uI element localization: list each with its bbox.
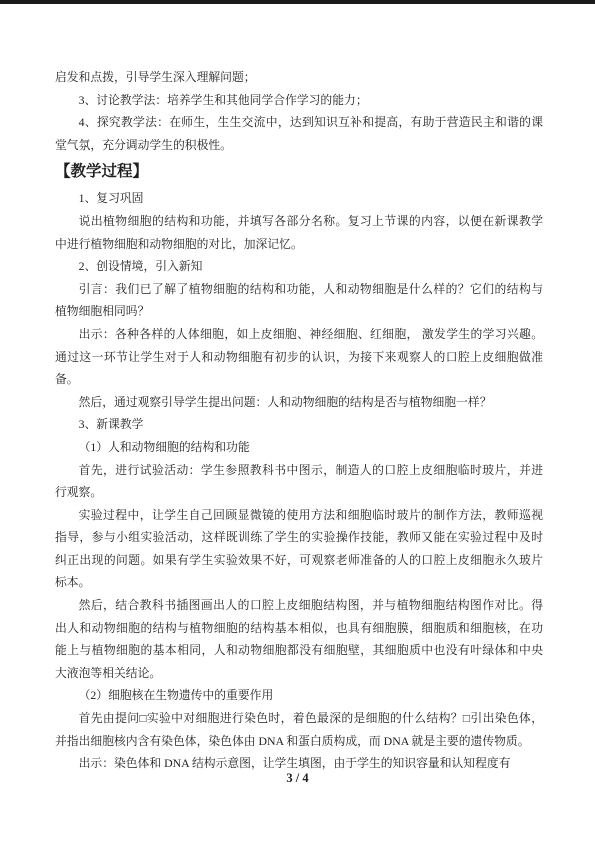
text-line: 并指出细胞核内含有染色体，染色体由 DNA 和蛋白质构成，而 DNA 就是主要的… (55, 730, 543, 753)
paragraph: 引言：我们已了解了植物细胞的结构和功能，人和动物细胞是什么样的？它们的结构与植物… (55, 278, 543, 323)
text-line: 2、创设情境，引入新知 (55, 255, 543, 278)
paragraph: 然后，通过观察引导学生提出问题：人和动物细胞的结构是否与植物细胞一样？ (55, 391, 543, 414)
text-line: （2）细胞核在生物遗传中的重要作用 (55, 684, 543, 707)
paragraph: 然后，结合教科书插图画出人的口腔上皮细胞结构图，并与植物细胞结构图作对比。得出人… (55, 594, 543, 684)
paragraph: 首先由提问□实验中对细胞进行染色时，着色最深的是细胞的什么结构？□引出染色体，并… (55, 707, 543, 752)
paragraph: 1、复习巩固 (55, 187, 543, 210)
paragraph: 首先，进行试验活动：学生参照教科书中图示，制造人的口腔上皮细胞临时玻片，并进行观… (55, 459, 543, 504)
text-line: 4、探究教学法：在师生，生生交流中，达到知识互补和提高，有助于营造民主和谐的课 (55, 111, 543, 134)
paragraph: 启发和点拨，引导学生深入理解问题； (55, 66, 543, 89)
text-line: 行观察。 (55, 481, 543, 504)
text-line: 中进行植物细胞和动物细胞的对比，加深记忆。 (55, 233, 543, 256)
text-line: 纠正出现的问题。如果有学生实验效果不好，可观察老师准备的人的口腔上皮细胞永久玻片 (55, 549, 543, 572)
paragraph: 3、讨论教学法：培养学生和其他同学合作学习的能力； (55, 89, 543, 112)
text-line: 指导，参与小组实验活动，这样既训练了学生的实验操作技能，教师又能在实验过程中及时 (55, 526, 543, 549)
text-line: 能上与植物细胞的基本相同，人和动物细胞都没有细胞壁，其细胞质中也没有叶绿体和中央 (55, 639, 543, 662)
text-line: 植物细胞相同吗？ (55, 300, 543, 323)
text-line: 备。 (55, 368, 543, 391)
text-line: 1、复习巩固 (55, 187, 543, 210)
page-top-border (0, 0, 595, 4)
text-line: 【教学过程】 (55, 156, 543, 187)
document-body: 启发和点拨，引导学生深入理解问题；3、讨论教学法：培养学生和其他同学合作学习的能… (55, 66, 543, 775)
text-line: 然后，通过观察引导学生提出问题：人和动物细胞的结构是否与植物细胞一样？ (55, 391, 543, 414)
text-line: （1）人和动物细胞的结构和功能 (55, 436, 543, 459)
text-line: 然后，结合教科书插图画出人的口腔上皮细胞结构图，并与植物细胞结构图作对比。得 (55, 594, 543, 617)
text-line: 实验过程中，让学生自己回顾显微镜的使用方法和细胞临时玻片的制作方法，教师巡视 (55, 504, 543, 527)
page-number: 3 / 4 (0, 768, 595, 788)
paragraph: 出示：各种各样的人体细胞，如上皮细胞、神经细胞、红细胞， 激发学生的学习兴趣。通… (55, 323, 543, 391)
text-line: 首先，进行试验活动：学生参照教科书中图示，制造人的口腔上皮细胞临时玻片，并进 (55, 459, 543, 482)
text-line: 通过这一环节让学生对于人和动物细胞有初步的认识，为接下来观察人的口腔上皮细胞做准 (55, 346, 543, 369)
text-line: 3、新课教学 (55, 413, 543, 436)
document-page: 启发和点拨，引导学生深入理解问题；3、讨论教学法：培养学生和其他同学合作学习的能… (0, 0, 595, 841)
text-line: 标本。 (55, 571, 543, 594)
text-line: 说出植物细胞的结构和功能，并填写各部分名称。复习上节课的内容，以便在新课教学 (55, 210, 543, 233)
paragraph: （2）细胞核在生物遗传中的重要作用 (55, 684, 543, 707)
text-line: 首先由提问□实验中对细胞进行染色时，着色最深的是细胞的什么结构？□引出染色体， (55, 707, 543, 730)
paragraph: 实验过程中，让学生自己回顾显微镜的使用方法和细胞临时玻片的制作方法，教师巡视指导… (55, 504, 543, 594)
text-line: 启发和点拨，引导学生深入理解问题； (55, 66, 543, 89)
paragraph: （1）人和动物细胞的结构和功能 (55, 436, 543, 459)
text-line: 3、讨论教学法：培养学生和其他同学合作学习的能力； (55, 89, 543, 112)
section-heading: 【教学过程】 (55, 156, 543, 187)
text-line: 出人和动物细胞的结构与植物细胞的结构基本相似，也具有细胞膜，细胞质和细胞核，在功 (55, 617, 543, 640)
paragraph: 2、创设情境，引入新知 (55, 255, 543, 278)
paragraph: 4、探究教学法：在师生，生生交流中，达到知识互补和提高，有助于营造民主和谐的课堂… (55, 111, 543, 156)
paragraph: 3、新课教学 (55, 413, 543, 436)
text-line: 引言：我们已了解了植物细胞的结构和功能，人和动物细胞是什么样的？它们的结构与 (55, 278, 543, 301)
text-line: 大液泡等相关结论。 (55, 662, 543, 685)
paragraph: 说出植物细胞的结构和功能，并填写各部分名称。复习上节课的内容，以便在新课教学中进… (55, 210, 543, 255)
text-line: 堂气氛，充分调动学生的积极性。 (55, 134, 543, 157)
text-line: 出示：各种各样的人体细胞，如上皮细胞、神经细胞、红细胞， 激发学生的学习兴趣。 (55, 323, 543, 346)
